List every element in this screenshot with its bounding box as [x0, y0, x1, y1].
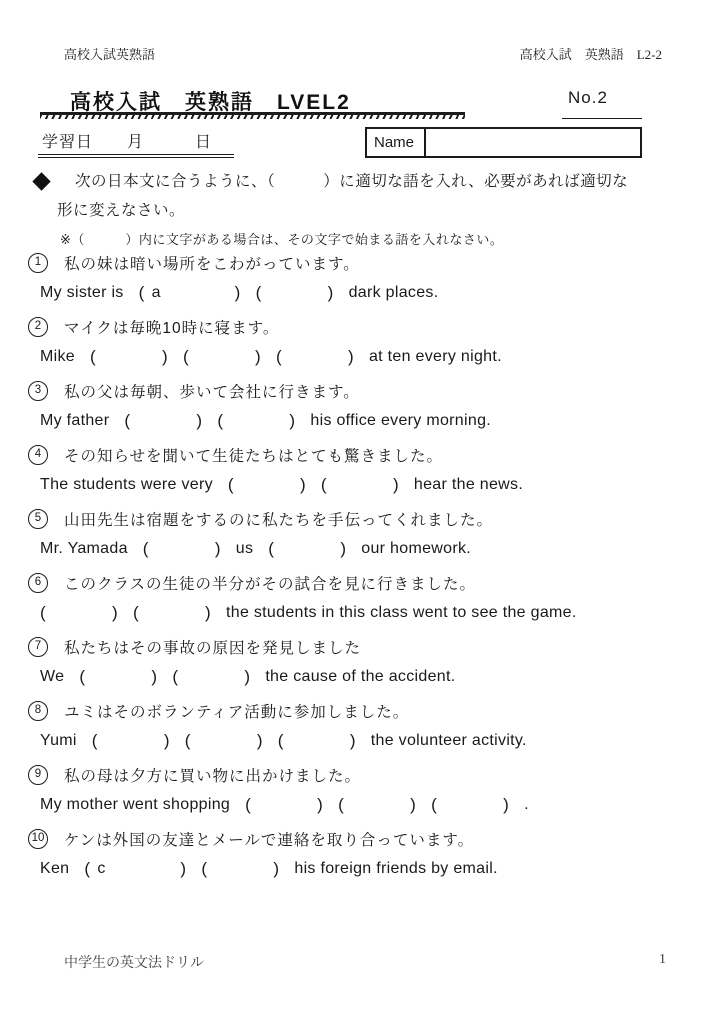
english-text: My sister is	[40, 284, 124, 302]
close-paren-icon: )	[340, 539, 346, 559]
question-japanese-line: 6このクラスの生徒の半分がその試合を見に行きました。	[28, 572, 700, 594]
english-text: Mr. Yamada	[40, 540, 128, 558]
question-japanese-line: 2マイクは毎晩10時に寝ます。	[28, 316, 700, 338]
question-japanese-line: 4その知らせを聞いて生徒たちはとても驚きました。	[28, 444, 700, 466]
open-paren-icon: (	[133, 603, 139, 623]
english-text: Yumi	[40, 732, 77, 750]
question-english-line: Ken(c)()his foreign friends by email.	[40, 859, 700, 879]
instructions: 次の日本文に合うように、（ ）に適切な語を入れ、必要があれば適切な 形に変えなさ…	[30, 170, 698, 248]
question-number: 5	[28, 509, 48, 529]
question-japanese-text: 山田先生は宿題をするのに私たちを手伝ってくれました。	[64, 508, 493, 530]
running-header-right: 高校入試 英熟語 L2-2	[520, 44, 662, 63]
open-paren-icon: (	[183, 347, 189, 367]
question-japanese-line: 8ユミはそのボランティア活動に参加しました。	[28, 700, 700, 722]
question-japanese-text: 私の母は夕方に買い物に出かけました。	[64, 764, 361, 786]
question-english-line: My father()()his office every morning.	[40, 411, 700, 431]
answer-blank[interactable]: ()	[124, 411, 202, 431]
open-paren-icon: (	[431, 795, 437, 815]
blank-hint-letter: a	[152, 284, 235, 302]
question-japanese-text: 私の妹は暗い場所をこわがっています。	[64, 252, 360, 274]
instruction-line1: 次の日本文に合うように、（ ）に適切な語を入れ、必要があれば適切な	[75, 170, 628, 193]
open-paren-icon: (	[90, 347, 96, 367]
open-paren-icon: (	[278, 731, 284, 751]
question-number: 7	[28, 637, 48, 657]
question-8: 8ユミはそのボランティア活動に参加しました。Yumi()()()the volu…	[28, 700, 700, 751]
open-paren-icon: (	[256, 283, 262, 303]
open-paren-icon: (	[79, 667, 85, 687]
open-paren-icon: (	[217, 411, 223, 431]
english-text: .	[524, 796, 529, 814]
answer-blank[interactable]: ()	[133, 603, 211, 623]
worksheet-page: 高校入試英熟語 高校入試 英熟語 L2-2 高校入試 英熟語 LVEL2 No.…	[0, 0, 724, 1024]
english-text: our homework.	[361, 540, 471, 558]
answer-blank[interactable]: ()	[183, 347, 261, 367]
study-date-field: 学習日 月 日	[38, 129, 234, 158]
answer-blank[interactable]: ()	[185, 731, 263, 751]
question-english-line: My sister is(a)()dark places.	[40, 283, 700, 303]
close-paren-icon: )	[410, 795, 416, 815]
title-underline	[40, 112, 465, 119]
open-paren-icon: (	[124, 411, 130, 431]
open-paren-icon: (	[143, 539, 149, 559]
blank-hint-letter: c	[97, 860, 180, 878]
english-text: My mother went shopping	[40, 796, 230, 814]
english-text: Ken	[40, 860, 69, 878]
close-paren-icon: )	[112, 603, 118, 623]
close-paren-icon: )	[300, 475, 306, 495]
answer-blank[interactable]: (a)	[139, 283, 241, 303]
answer-blank[interactable]: ()	[79, 667, 157, 687]
question-english-line: Mike()()()at ten every night.	[40, 347, 700, 367]
answer-blank[interactable]: ()	[245, 795, 323, 815]
question-japanese-text: ケンは外国の友達とメールで連絡を取り合っています。	[64, 828, 474, 850]
question-number: 1	[28, 253, 48, 273]
close-paren-icon: )	[215, 539, 221, 559]
question-2: 2マイクは毎晩10時に寝ます。Mike()()()at ten every ni…	[28, 316, 700, 367]
question-japanese-text: 私の父は毎朝、歩いて会社に行きます。	[64, 380, 360, 402]
instruction-note: ※（ ）内に文字がある場合は、その文字で始まる語を入れなさい。	[60, 229, 698, 248]
instruction-line2: 形に変えなさい。	[57, 199, 698, 222]
english-text: My father	[40, 412, 109, 430]
question-7: 7私たちはその事故の原因を発見しましたWe()()the cause of th…	[28, 636, 700, 687]
answer-blank[interactable]: (c)	[84, 859, 186, 879]
sheet-number: No.2	[568, 88, 608, 108]
question-japanese-text: その知らせを聞いて生徒たちはとても驚きました。	[64, 444, 443, 466]
question-japanese-text: このクラスの生徒の半分がその試合を見に行きました。	[64, 572, 476, 594]
footer-series-title: 中学生の英文法ドリル	[64, 952, 204, 972]
question-number: 3	[28, 381, 48, 401]
close-paren-icon: )	[244, 667, 250, 687]
answer-blank[interactable]: ()	[268, 539, 346, 559]
open-paren-icon: (	[172, 667, 178, 687]
question-number: 8	[28, 701, 48, 721]
question-list: 1私の妹は暗い場所をこわがっています。My sister is(a)()dark…	[28, 252, 700, 892]
answer-blank[interactable]: ()	[90, 347, 168, 367]
answer-blank[interactable]: ()	[228, 475, 306, 495]
close-paren-icon: )	[328, 283, 334, 303]
close-paren-icon: )	[255, 347, 261, 367]
question-japanese-text: 私たちはその事故の原因を発見しました	[64, 636, 361, 658]
close-paren-icon: )	[257, 731, 263, 751]
close-paren-icon: )	[317, 795, 323, 815]
answer-blank[interactable]: ()	[276, 347, 354, 367]
question-japanese-line: 9私の母は夕方に買い物に出かけました。	[28, 764, 700, 786]
open-paren-icon: (	[228, 475, 234, 495]
english-text: us	[236, 540, 254, 558]
open-paren-icon: (	[201, 859, 207, 879]
open-paren-icon: (	[321, 475, 327, 495]
question-japanese-text: マイクは毎晩10時に寝ます。	[64, 316, 279, 338]
question-number: 10	[28, 829, 48, 849]
page-number: 1	[659, 952, 666, 972]
english-text: Mike	[40, 348, 75, 366]
running-header: 高校入試英熟語 高校入試 英熟語 L2-2	[64, 44, 662, 63]
question-japanese-line: 5山田先生は宿題をするのに私たちを手伝ってくれました。	[28, 508, 700, 530]
close-paren-icon: )	[164, 731, 170, 751]
english-text: the students in this class went to see t…	[226, 604, 577, 622]
close-paren-icon: )	[273, 859, 279, 879]
answer-blank[interactable]: ()	[256, 283, 334, 303]
answer-blank[interactable]: ()	[92, 731, 170, 751]
open-paren-icon: (	[92, 731, 98, 751]
english-text: his office every morning.	[310, 412, 491, 430]
english-text: The students were very	[40, 476, 213, 494]
question-6: 6このクラスの生徒の半分がその試合を見に行きました。()()the studen…	[28, 572, 700, 623]
question-japanese-line: 10ケンは外国の友達とメールで連絡を取り合っています。	[28, 828, 700, 850]
question-english-line: The students were very()()hear the news.	[40, 475, 700, 495]
close-paren-icon: )	[180, 859, 186, 879]
english-text: hear the news.	[414, 476, 523, 494]
question-english-line: Yumi()()()the volunteer activity.	[40, 731, 700, 751]
name-label: Name	[367, 129, 426, 156]
english-text: dark places.	[349, 284, 439, 302]
name-input[interactable]	[426, 129, 640, 156]
question-number: 4	[28, 445, 48, 465]
open-paren-icon: (	[40, 603, 46, 623]
answer-blank[interactable]: ()	[278, 731, 356, 751]
question-number: 6	[28, 573, 48, 593]
close-paren-icon: )	[196, 411, 202, 431]
answer-blank[interactable]: ()	[431, 795, 509, 815]
close-paren-icon: )	[162, 347, 168, 367]
answer-blank[interactable]: ()	[321, 475, 399, 495]
answer-blank[interactable]: ()	[338, 795, 416, 815]
question-english-line: My mother went shopping()()().	[40, 795, 700, 815]
question-japanese-line: 7私たちはその事故の原因を発見しました	[28, 636, 700, 658]
close-paren-icon: )	[151, 667, 157, 687]
answer-blank[interactable]: ()	[217, 411, 295, 431]
open-paren-icon: (	[276, 347, 282, 367]
close-paren-icon: )	[393, 475, 399, 495]
question-3: 3私の父は毎朝、歩いて会社に行きます。My father()()his offi…	[28, 380, 700, 431]
english-text: at ten every night.	[369, 348, 502, 366]
open-paren-icon: (	[245, 795, 251, 815]
question-japanese-line: 3私の父は毎朝、歩いて会社に行きます。	[28, 380, 700, 402]
question-english-line: We()()the cause of the accident.	[40, 667, 700, 687]
open-paren-icon: (	[268, 539, 274, 559]
question-1: 1私の妹は暗い場所をこわがっています。My sister is(a)()dark…	[28, 252, 700, 303]
open-paren-icon: (	[84, 859, 90, 879]
question-5: 5山田先生は宿題をするのに私たちを手伝ってくれました。Mr. Yamada()u…	[28, 508, 700, 559]
name-box: Name	[365, 127, 642, 158]
answer-blank[interactable]: ()	[40, 603, 118, 623]
close-paren-icon: )	[348, 347, 354, 367]
question-japanese-text: ユミはそのボランティア活動に参加しました。	[64, 700, 409, 722]
english-text: the volunteer activity.	[371, 732, 527, 750]
question-4: 4その知らせを聞いて生徒たちはとても驚きました。The students wer…	[28, 444, 700, 495]
question-number: 9	[28, 765, 48, 785]
question-english-line: ()()the students in this class went to s…	[40, 603, 700, 623]
close-paren-icon: )	[289, 411, 295, 431]
open-paren-icon: (	[338, 795, 344, 815]
diamond-bullet-icon	[32, 172, 50, 190]
close-paren-icon: )	[235, 283, 241, 303]
answer-blank[interactable]: ()	[201, 859, 279, 879]
open-paren-icon: (	[139, 283, 145, 303]
english-text: We	[40, 668, 64, 686]
sheet-number-underline	[562, 118, 642, 119]
open-paren-icon: (	[185, 731, 191, 751]
question-10: 10ケンは外国の友達とメールで連絡を取り合っています。Ken(c)()his f…	[28, 828, 700, 879]
question-english-line: Mr. Yamada()us()our homework.	[40, 539, 700, 559]
page-footer: 中学生の英文法ドリル 1	[64, 952, 666, 972]
running-header-left: 高校入試英熟語	[64, 44, 155, 63]
english-text: the cause of the accident.	[265, 668, 455, 686]
answer-blank[interactable]: ()	[172, 667, 250, 687]
english-text: his foreign friends by email.	[294, 860, 497, 878]
close-paren-icon: )	[350, 731, 356, 751]
question-japanese-line: 1私の妹は暗い場所をこわがっています。	[28, 252, 700, 274]
close-paren-icon: )	[205, 603, 211, 623]
question-9: 9私の母は夕方に買い物に出かけました。My mother went shoppi…	[28, 764, 700, 815]
answer-blank[interactable]: ()	[143, 539, 221, 559]
question-number: 2	[28, 317, 48, 337]
close-paren-icon: )	[503, 795, 509, 815]
